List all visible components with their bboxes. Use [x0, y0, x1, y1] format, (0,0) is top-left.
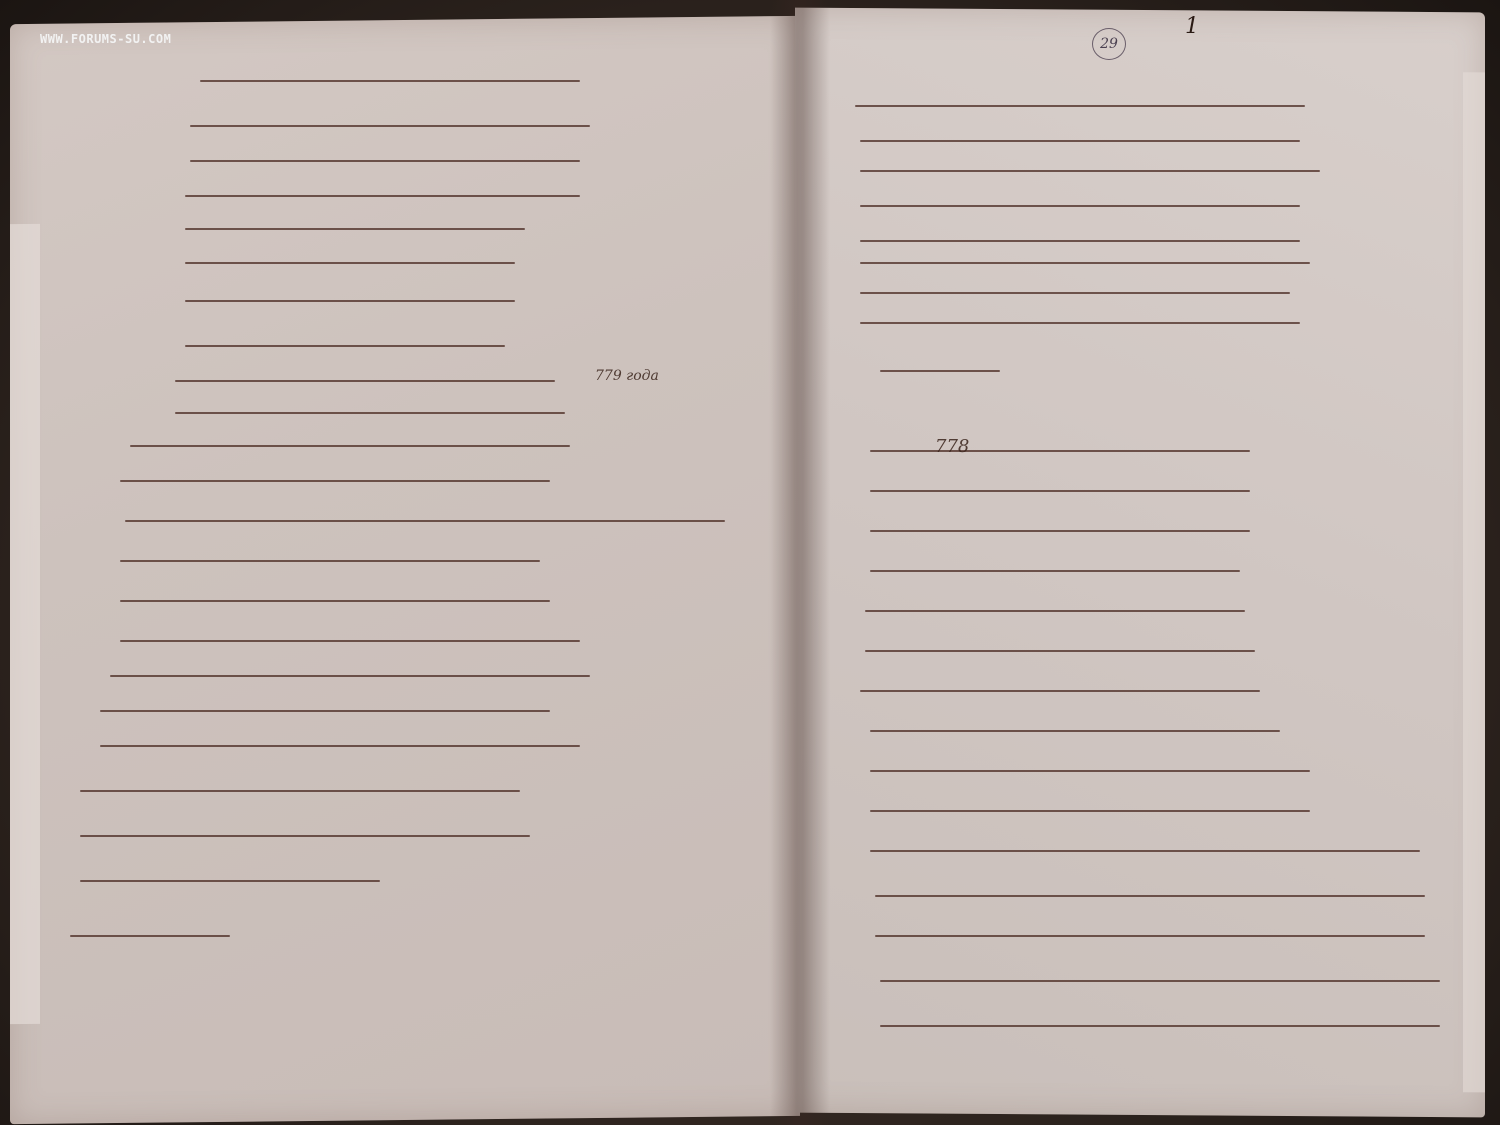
handwriting-line: [860, 140, 1300, 142]
handwriting-line: [120, 640, 580, 642]
handwriting-line: [185, 228, 525, 230]
page-number: 29: [1092, 28, 1126, 60]
page-edges: [1463, 72, 1485, 1092]
handwriting-line: [880, 1025, 1440, 1027]
handwriting-line: [855, 105, 1305, 107]
handwriting-line: [190, 125, 590, 127]
handwriting-line: [125, 520, 725, 522]
handwriting-line: [120, 560, 540, 562]
handwriting-line: [875, 895, 1425, 897]
handwriting-line: [865, 610, 1245, 612]
year-fragment: 778: [935, 436, 969, 470]
handwriting-line: [870, 570, 1240, 572]
handwriting-line: [880, 370, 1000, 372]
handwriting-line: [80, 790, 520, 792]
watermark: WWW.FORUMS-SU.COM: [40, 32, 171, 46]
handwriting-line: [70, 935, 230, 937]
handwriting-line: [875, 935, 1425, 937]
handwriting-line: [175, 380, 555, 382]
handwriting-line: [860, 322, 1300, 324]
margin-note-year: 779 года: [595, 368, 659, 402]
handwriting-line: [870, 850, 1420, 852]
handwriting-line: [120, 480, 550, 482]
handwriting-line: [190, 160, 580, 162]
handwriting-line: [175, 412, 565, 414]
book-gutter: [770, 0, 830, 1125]
handwriting-line: [100, 745, 580, 747]
handwriting-line: [185, 195, 580, 197]
handwriting-line: [860, 262, 1310, 264]
handwriting-line: [185, 345, 505, 347]
handwriting-line: [870, 530, 1250, 532]
handwriting-line: [80, 835, 530, 837]
handwriting-line: [870, 810, 1310, 812]
handwriting-line: [130, 445, 570, 447]
handwriting-line: [185, 300, 515, 302]
handwriting-line: [870, 770, 1310, 772]
handwriting-line: [860, 292, 1290, 294]
handwriting-line: [880, 980, 1440, 982]
handwriting-line: [185, 262, 515, 264]
handwriting-line: [860, 240, 1300, 242]
right-page: [795, 8, 1485, 1118]
handwriting-line: [120, 600, 550, 602]
handwriting-line: [860, 205, 1300, 207]
handwriting-line: [200, 80, 580, 82]
handwriting-line: [110, 675, 590, 677]
handwriting-line: [870, 450, 1250, 452]
page-edges: [10, 224, 40, 1024]
handwriting-line: [870, 490, 1250, 492]
handwriting-line: [860, 170, 1320, 172]
handwriting-line: [870, 730, 1280, 732]
handwriting-line: [860, 690, 1260, 692]
left-page: [10, 16, 800, 1124]
folio-mark: 1: [1185, 14, 1199, 39]
handwriting-line: [100, 710, 550, 712]
handwriting-line: [865, 650, 1255, 652]
handwriting-line: [80, 880, 380, 882]
